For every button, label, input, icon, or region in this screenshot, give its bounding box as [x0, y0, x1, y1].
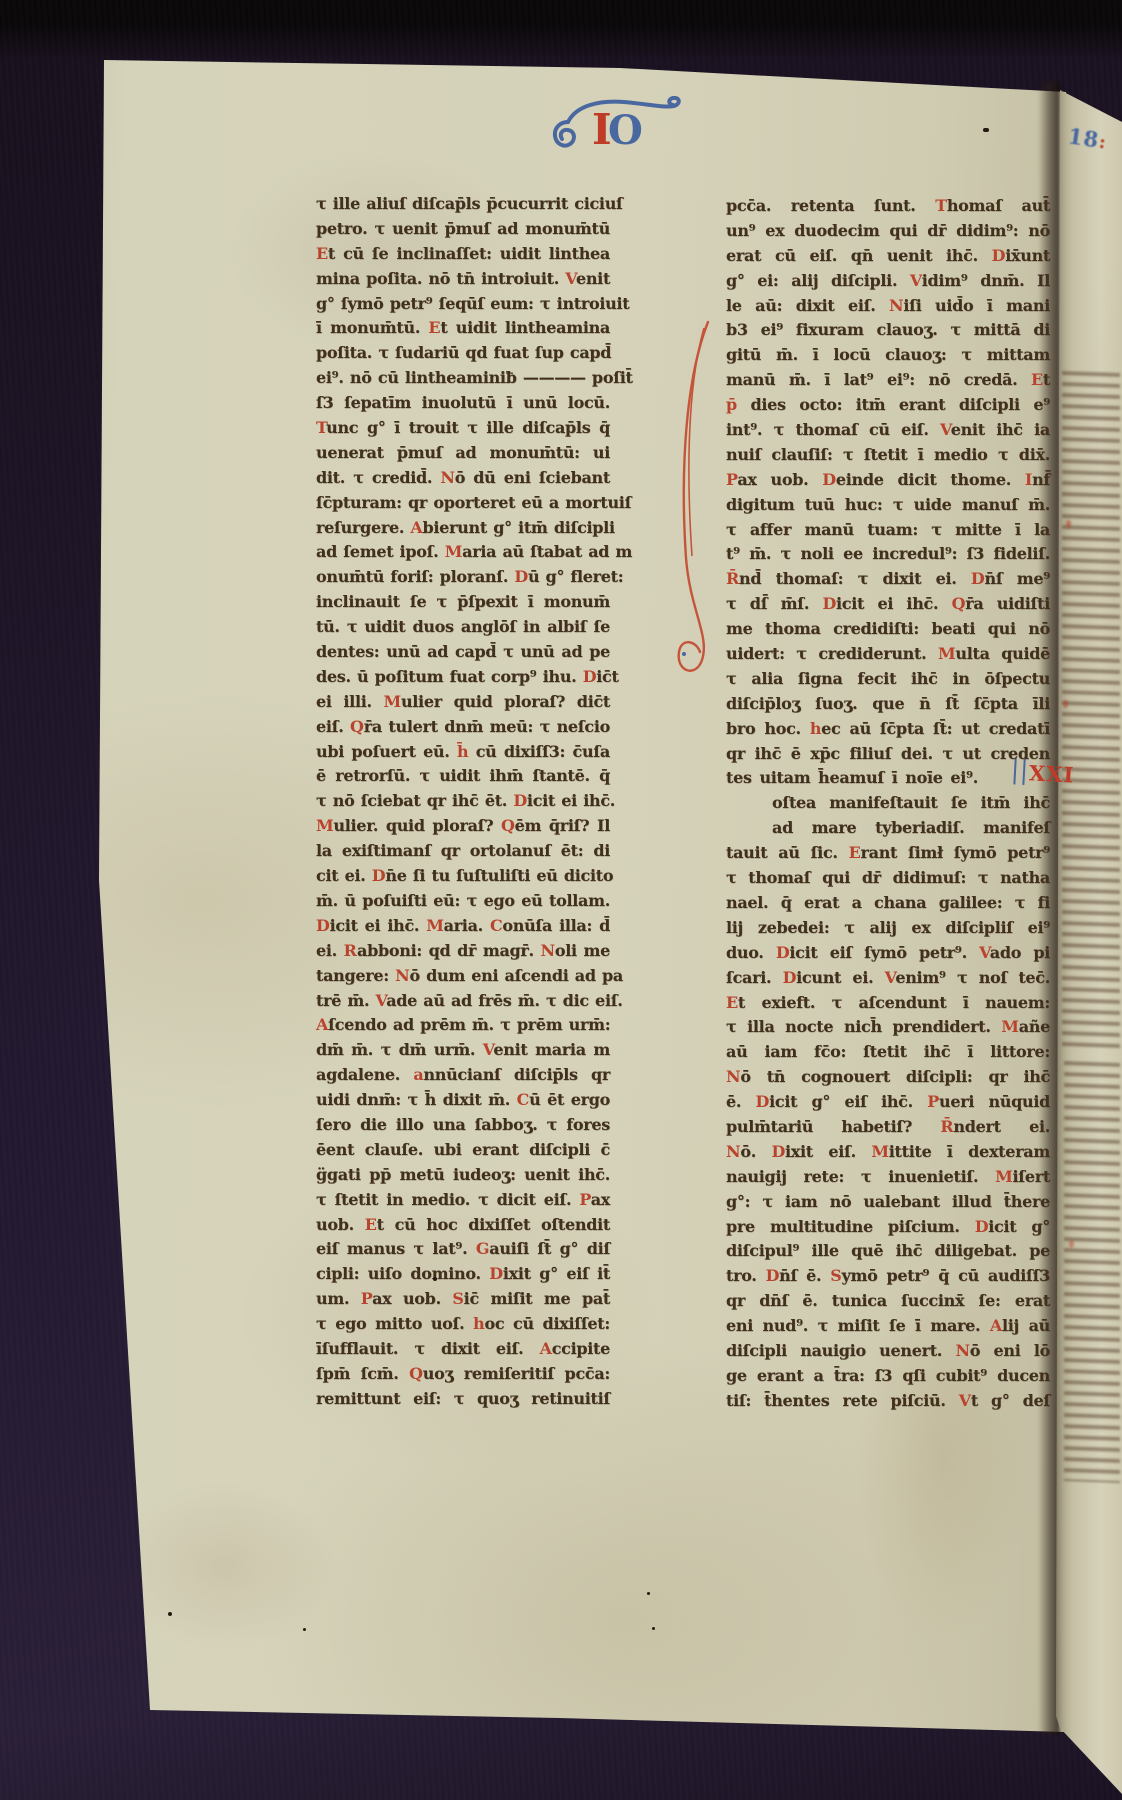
text-line: gitū m̄. ī locū clauoʒ: τ mittam: [726, 343, 1050, 368]
text-line: dm̄ m̄. τ dm̄ urm̄. Venit maria m: [316, 1038, 610, 1063]
text-line: m̄. ū poſuiſti eū: τ ego eū tollam.: [316, 889, 610, 914]
running-header-flourish-icon: I O: [546, 92, 686, 158]
next-leaf-rubric-fleck: [1066, 520, 1071, 528]
text-line: tes uitam h̄eamuſ ī noīe ei⁹.: [726, 766, 1050, 791]
text-line: eni nud⁹. τ miſit ſe ī mare. Alij aū: [726, 1314, 1050, 1339]
text-line: um. Pax uob. Sic̄ miſit me pat̄: [316, 1287, 610, 1312]
text-line: ei⁹. nō cū lintheaminiƀ ———— poſit̄: [316, 366, 610, 391]
text-line: bro hoc. hec aū ſc̄pta ſt̄: ut credatī: [726, 717, 1050, 742]
parchment-speck: [433, 1277, 437, 1281]
text-line: ge erant a t̄ra: ſ3 qſi cubit⁹ ducen: [726, 1364, 1050, 1389]
text-line: b3 ei⁹ fixuram clauoʒ. τ mittā di: [726, 318, 1050, 343]
text-line: nael. q̄ erat a chana galilee: τ fi: [726, 891, 1050, 916]
parchment-speck: [652, 1627, 655, 1630]
text-line: tū. τ uidit duos anglōſ in albiſ ſe: [316, 615, 610, 640]
text-line: dit. τ credid̄. Nō dū eni ſciebant: [316, 466, 610, 491]
text-line: τ nō ſciebat qr ihc̄ ēt. Dicit ei ihc̄.: [316, 789, 610, 814]
text-line: ad ſemet ipoſ. Maria aū ſtabat ad m: [316, 540, 610, 565]
text-line: pulm̄tariū habetiſ? R̄ndert ei.: [726, 1115, 1050, 1140]
text-line: ei illi. Mulier quid ploraſ? dic̄t: [316, 690, 610, 715]
text-line: un⁹ ex duodecim qui dr̄ didim⁹: nō: [726, 219, 1050, 244]
text-line: tangere: Nō dum eni aſcendi ad pa: [316, 964, 610, 989]
text-line: Et exieft. τ aſcendunt ī nauem:: [726, 991, 1050, 1016]
text-line: ſcari. Dicunt ei. Venim⁹ τ noſ tec̄.: [726, 966, 1050, 991]
text-line: τ ille aliuſ diſcap̄ls p̄cucurrit ciciuſ: [316, 192, 610, 217]
text-line: τ alia ſigna fecit ihc̄ in ōſpectu: [726, 667, 1050, 692]
text-line: Tunc g° ī trouit τ ille diſcap̄ls q̄: [316, 416, 610, 441]
text-line: le aū: dixit eiſ. Niſi uid̄o ī mani: [726, 294, 1050, 319]
next-leaf-rubric-fleck: [1069, 1240, 1074, 1248]
next-leaf-rubric-fleck: [1063, 700, 1068, 708]
text-line: τ ſtetit in medio. τ dicit eiſ. Pax: [316, 1188, 610, 1213]
text-line: lij zebedei: τ alij ex diſcipliſ ei⁹: [726, 916, 1050, 941]
next-leaf-folio-number: 18:: [1066, 123, 1108, 153]
text-line: int⁹. τ thomaſ cū eiſ. Venit ihc̄ ia: [726, 418, 1050, 443]
next-leaf-bleedthrough-text: [1062, 371, 1120, 1053]
parchment-speck: [983, 128, 989, 132]
text-line: uidi dnm̄: τ h̄ dixit m̄. Cū ēt ergo: [316, 1088, 610, 1113]
text-line: la exiſtimanſ qr ortolanuſ ēt: di: [316, 839, 610, 864]
running-header-letter-O: O: [608, 107, 643, 154]
text-line: tiſ: t̄hentes rete piſciū. Vt g° deſ: [726, 1389, 1050, 1414]
text-line: erat cū eiſ. qn̄ uenit ihc̄. Dix̄unt: [726, 244, 1050, 269]
text-line: ſpm̄ ſcm̄. Quoʒ remiſeritiſ pcc̄a:: [316, 1362, 610, 1387]
text-line: nauigij rete: τ inuenietiſ. Miſert: [726, 1165, 1050, 1190]
text-line: petro. τ uenit p̄muſ ad monum̄tū: [316, 217, 610, 242]
text-line: g°: τ iam nō ualebant illud t̄here: [726, 1190, 1050, 1215]
text-line: R̄nd̄ thomaſ: τ dixit ei. Dn̄ſ me⁹: [726, 567, 1050, 592]
text-line: duo. Dicit eiſ ſymō petr⁹. Vado pi: [726, 941, 1050, 966]
text-line: τ dſ̄ m̄ſ. Dicit ei ihc̄. Qr̄a uidiſti: [726, 592, 1050, 617]
text-line: aū iam fc̄o: ſtetit ihc̄ ī littore:: [726, 1040, 1050, 1065]
manuscript-photo: 18: I O P: [0, 0, 1122, 1800]
text-line: agdalene. annūcianſ diſcip̄ls qr: [316, 1063, 610, 1088]
text-line: diſcipli nauigio uenert. Nō eni lō: [726, 1339, 1050, 1364]
text-line: nuiſ clauſiſ: τ ſtetit ī medio τ dix̄.: [726, 443, 1050, 468]
text-line: g° ſymō petr⁹ ſeqūſ eum: τ introiuit: [316, 292, 610, 317]
text-line: me thoma credidiſti: beati qui nō: [726, 617, 1050, 642]
text-line: g° ei: alij diſcipli. Vidim⁹ dnm̄. Il: [726, 269, 1050, 294]
text-line: τ thomaſ qui dr̄ didimuſ: τ natha: [726, 866, 1050, 891]
text-line: Nō tn̄ cognouert diſcipli: qr ihc̄: [726, 1065, 1050, 1090]
text-line: pcc̄a. retenta ſunt. Thomaſ aut̄: [726, 194, 1050, 219]
text-line: Mulier. quid ploraſ? Qēm q̄riſ? Il: [316, 814, 610, 839]
right-text-column: pcc̄a. retenta ſunt. Thomaſ aut̄un⁹ ex d…: [726, 194, 1050, 1414]
text-line: τ illa nocte nich̄ prendidert. Mañe: [726, 1015, 1050, 1040]
text-line: digitum tuū huc: τ uide manuſ m̄.: [726, 493, 1050, 518]
next-leaf-bleedthrough-text: [1064, 1061, 1120, 1483]
text-line: ubi poſuert eū. h̄ cū dixiſſ3: c̄uſa: [316, 740, 610, 765]
text-line: oſtea manifeſtauit ſe itm̄ ihc̄: [726, 791, 1050, 816]
text-line: dentes: unū ad capd̄ τ unū ad pe: [316, 640, 610, 665]
text-line: onum̄tū foriſ: ploranſ. Dū g° fleret:: [316, 565, 610, 590]
text-line: Et cū ſe inclinaſſet: uidit linthea: [316, 242, 610, 267]
text-line: ſ3 ſepatīm inuolutū ī unū locū.: [316, 391, 610, 416]
text-line: t⁹ m̄. τ noli ee incredul⁹: ſ3 fideliſ.: [726, 542, 1050, 567]
text-line: mina poſita. nō tn̄ introiuit. Venit: [316, 267, 610, 292]
text-line: reſurgere. Abierunt g° itm̄ diſcipli: [316, 516, 610, 541]
running-header: I O: [546, 92, 686, 158]
text-line: Aſcendo ad prēm m̄. τ prēm urm̄:: [316, 1013, 610, 1038]
text-line: ei. Rabboni: qd dr̄ magr̄. Noli me: [316, 939, 610, 964]
text-line: ē. Dicit g° eiſ ihc̄. Pueri nūquid: [726, 1090, 1050, 1115]
text-line: tauit aū ſic. Erant ſimł ſymō petr⁹: [726, 841, 1050, 866]
text-line: ēent clauſe. ubi erant diſcipli c̄: [316, 1138, 610, 1163]
text-line: qr ihc̄ ē xp̄c filiuſ dei. τ ut creden: [726, 742, 1050, 767]
text-line: uidert: τ crediderunt. Multa quidē: [726, 642, 1050, 667]
text-line: ī monum̄tū. Et uidit lintheamina: [316, 316, 610, 341]
text-line: poſita. τ ſudariū qd fuat ſup capd̄: [316, 341, 610, 366]
text-line: ad mare tyberiadiſ. manifeſ: [726, 816, 1050, 841]
text-line: des. ū poſitum fuat corp⁹ ihu. Dic̄t: [316, 665, 610, 690]
text-line: uob. Et cū hoc dixiſſet oſtendit: [316, 1213, 610, 1238]
text-line: eiſ. Qr̄a tulert dnm̄ meū: τ neſcio: [316, 715, 610, 740]
text-line: uenerat p̄muſ ad monum̄tū: ui: [316, 441, 610, 466]
text-line: ſero die illo una ſabboʒ. τ fores: [316, 1113, 610, 1138]
text-line: Pax uob. Deinde dicit thome. Inf̄: [726, 468, 1050, 493]
text-line: eiſ manus τ lat⁹. Gauiſi ſt̄ g° diſ: [316, 1237, 610, 1262]
text-line: ſc̄pturam: qr oporteret eū a mortuiſ: [316, 491, 610, 516]
text-line: cit ei. Dn̄e ſi tu ſuſtuliſti eū dicito: [316, 864, 610, 889]
parchment-speck: [168, 1612, 172, 1616]
text-line: p̄ dies octo: itm̄ erant diſcipli e⁹: [726, 393, 1050, 418]
text-line: τ affer manū tuam: τ mitte ī la: [726, 518, 1050, 543]
text-line: Dicit ei ihc̄. Maria. Conūſa illa: d̄: [316, 914, 610, 939]
text-line: cipli: uiſo domino. Dixit g° eiſ it̄: [316, 1262, 610, 1287]
text-line: diſcip̄loʒ ſuoʒ. que n̄ ſt̄ ſc̄pta īli: [726, 692, 1050, 717]
text-line: ē retrorſū. τ uidit ihm̄ ſtantē. q̄: [316, 764, 610, 789]
parchment-speck: [647, 1592, 650, 1595]
text-line: diſcipul⁹ ille quē ihc̄ diligebat. pe: [726, 1239, 1050, 1264]
text-line: g̈gati pp̄ metū iudeoʒ: uenit ihc̄.: [316, 1163, 610, 1188]
text-line: τ ego mitto uoſ. hoc cū dixiſſet:: [316, 1312, 610, 1337]
parchment-speck: [303, 1628, 306, 1631]
text-line: tro. Dn̄ſ ē. Symō petr⁹ q̄ cū audiſſ3: [726, 1264, 1050, 1289]
text-line: remittunt eiſ: τ quoʒ retinuitiſ: [316, 1387, 610, 1412]
text-line: manū m̄. ī lat⁹ ei⁹: nō credā. Et: [726, 368, 1050, 393]
left-text-column: τ ille aliuſ diſcap̄ls p̄cucurrit ciciuſ…: [316, 192, 610, 1412]
text-line: īſufflauit. τ dixit eiſ. Accipite: [316, 1337, 610, 1362]
text-line: qr dn̄ſ ē. tunica ſuccinx̄ ſe: erat: [726, 1289, 1050, 1314]
folio-number-text: 18: [1066, 123, 1100, 152]
text-line: trē m̄. Vade aū ad frēs m̄. τ dic eiſ.: [316, 989, 610, 1014]
text-line: pre multitudine piſcium. Dicit g°: [726, 1215, 1050, 1240]
text-line: inclinauit ſe τ p̄ſpexit ī monum̄: [316, 590, 610, 615]
text-line: Nō. Dixit eiſ. Mittite ī dexteram: [726, 1140, 1050, 1165]
